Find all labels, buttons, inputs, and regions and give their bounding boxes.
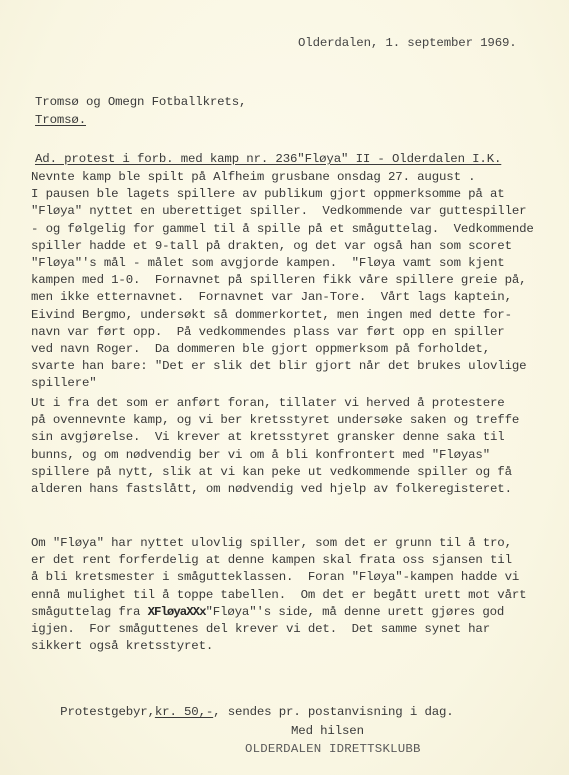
fee-prefix: Protestgebyr, [60,705,155,719]
text-line-with-correction: småguttelag fra XFløyaXXx"Fløya"'s side,… [31,605,504,619]
text-segment: "Fløya"'s side, må denne urett gjøres go… [206,605,505,619]
text-line: spillere på nytt, slik at vi kan peke ut… [31,465,512,479]
recipient-city: Tromsø. [35,113,86,127]
text-line: men ikke etternavnet. Fornavnet var Jan-… [31,290,512,304]
subject-line: Ad. protest i forb. med kamp nr. 236"Flø… [35,152,501,166]
text-line: svarte han bare: "Det er slik det blir g… [31,359,526,373]
text-line: sikkert også kretsstyret. [31,639,213,653]
text-line: igjen. For småguttenes del krever vi det… [31,622,490,636]
text-segment: småguttelag fra [31,605,148,619]
text-line: alderen hans fastslått, om nødvendig ved… [31,482,512,496]
place-date: Olderdalen, 1. september 1969. [298,36,517,50]
text-line: spillere" [31,376,97,390]
text-line: på ovennevnte kamp, og vi ber kretsstyre… [31,413,519,427]
fee-suffix: , sendes pr. postanvisning i dag. [213,705,453,719]
fee-line: Protestgebyr,kr. 50,-, sendes pr. postan… [31,691,454,733]
letter-page: Olderdalen, 1. september 1969. Tromsø og… [0,0,569,775]
closing: Med hilsen [291,724,364,738]
text-line: å bli kretsmester i småguttеklassen. For… [31,570,519,584]
struck-out-text: XFløyaXXx [148,605,206,619]
text-line: Ut i fra det som er anført foran, tillat… [31,396,505,410]
text-line: er det rent forferdelig at denne kampen … [31,553,512,567]
text-line: - og følgelig for gammel til å spille på… [31,222,534,236]
text-line: sin avgjørelse. Vi krever at kretsstyret… [31,430,505,444]
text-line: bunns, og om nødvendig ber vi om å bli k… [31,448,490,462]
text-line: "Fløya" nyttet en uberettiget spiller. V… [31,204,526,218]
text-line: Eivind Bergmo, undersøkt så dommerkortet… [31,308,512,322]
text-line: "Fløya"'s mål - målet som avgjorde kampe… [31,256,505,270]
signature-club: OLDERDALEN IDRETTSKLUBB [245,742,421,756]
text-line: kampen med 1-0. Fornavnet på spilleren f… [31,273,526,287]
text-line: spiller hadde et 9-tall på drakten, og d… [31,239,512,253]
text-line: navn var ført opp. På vedkommendes plass… [31,325,505,339]
text-line: ved navn Roger. Da dommeren ble gjort op… [31,342,490,356]
text-line: Om "Fløya" har nyttet ulovlig spiller, s… [31,536,512,550]
text-line: Nevnte kamp ble spilt på Alfheim grusban… [31,170,475,184]
text-line: I pausen ble lagets spillere av publikum… [31,187,505,201]
text-line: ennå mulighet til å toppe tabellen. Om d… [31,588,526,602]
fee-amount: kr. 50,- [155,705,213,719]
recipient-name: Tromsø og Omegn Fotballkrets, [35,95,246,109]
